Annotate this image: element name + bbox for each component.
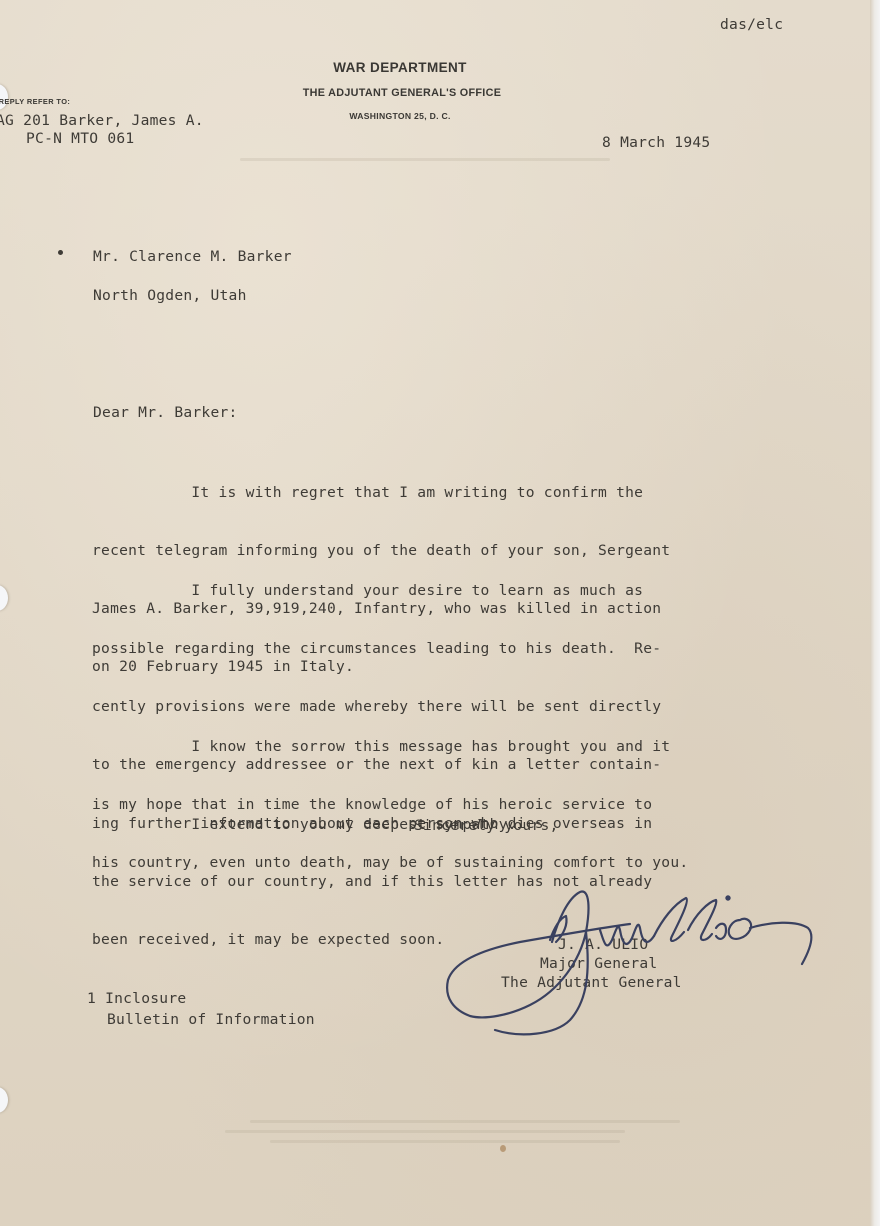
letterhead-office: THE ADJUTANT GENERAL'S OFFICE — [262, 87, 542, 99]
letter-date: 8 March 1945 — [602, 133, 710, 152]
page-edge — [870, 0, 880, 1226]
paragraph-line: It is with regret that I am writing to c… — [92, 483, 670, 502]
recipient-name: Mr. Clarence M. Barker — [93, 247, 292, 266]
letterhead-department: WAR DEPARTMENT — [270, 60, 530, 75]
bleed-through — [250, 1120, 680, 1123]
enclosure-count: 1 Inclosure — [87, 989, 186, 1008]
signatory-name: J. A. ULIO — [558, 935, 648, 954]
closing: Sincerely yours, — [414, 816, 559, 835]
bleed-through — [240, 158, 610, 161]
margin-dot — [58, 250, 63, 255]
signatory-title: The Adjutant General — [501, 973, 682, 992]
letterhead-location: WASHINGTON 25, D. C. — [300, 111, 500, 121]
reference-line-2: PC-N MTO 061 — [26, 129, 134, 148]
salutation: Dear Mr. Barker: — [93, 403, 238, 422]
reference-line-1: AG 201 Barker, James A. — [0, 111, 204, 130]
reply-refer-label: IN REPLY REFER TO: — [0, 97, 70, 106]
paragraph-line: I know the sorrow this message has broug… — [92, 737, 688, 756]
paper-stain — [500, 1145, 506, 1152]
recipient-address: North Ogden, Utah — [93, 286, 247, 305]
bleed-through — [225, 1130, 625, 1133]
signatory-rank: Major General — [540, 954, 657, 973]
typist-initials: das/elc — [720, 15, 783, 34]
paragraph-line: possible regarding the circumstances lea… — [92, 639, 661, 658]
bleed-through — [270, 1140, 620, 1143]
punch-hole-middle — [0, 585, 8, 611]
paragraph-line: I fully understand your desire to learn … — [92, 581, 661, 600]
punch-hole-bottom — [0, 1087, 8, 1113]
enclosure-item: Bulletin of Information — [107, 1010, 315, 1029]
